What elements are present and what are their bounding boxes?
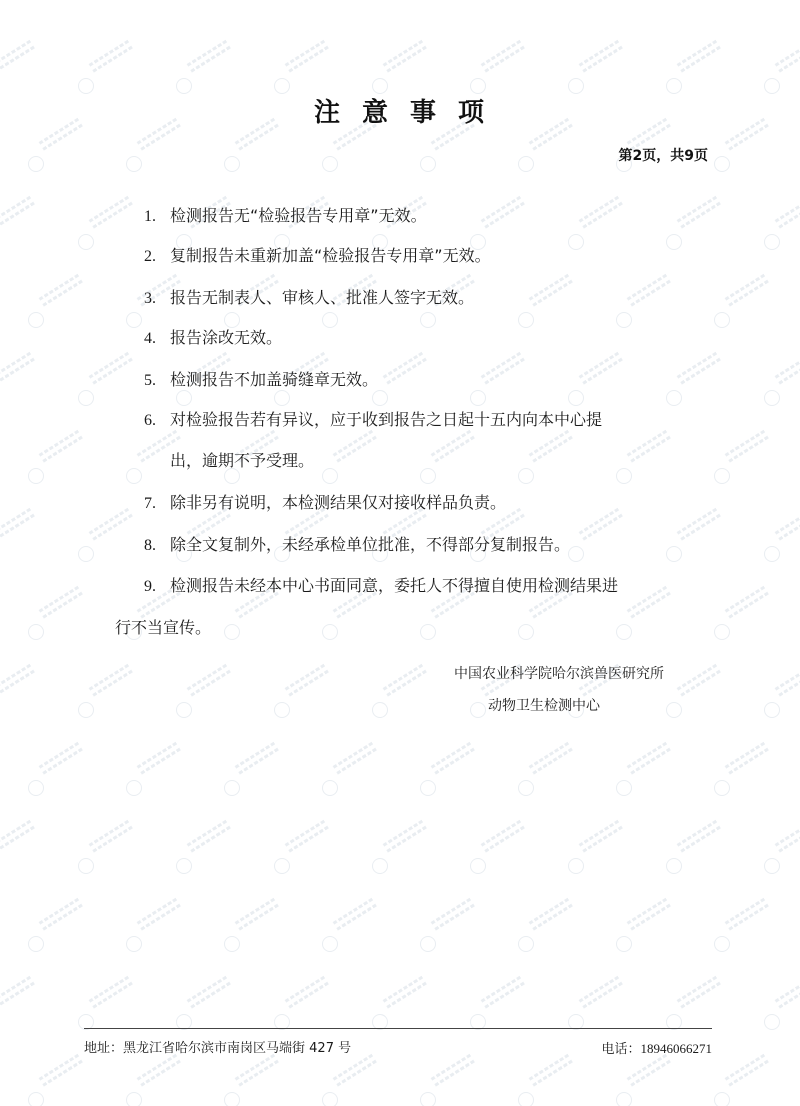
notice-item-9: 9.检测报告未经本中心书面同意，委托人不得擅自使用检测结果进 [144,576,618,597]
notice-item-3: 3.报告无制表人、审核人、批准人签字无效。 [144,288,474,309]
notice-item-7: 7.除非另有说明，本检测结果仅对接收样品负责。 [144,493,506,514]
issuer-center: 动物卫生检测中心 [488,697,600,715]
notice-item-1: 1.检测报告无“检验报告专用章”无效。 [144,206,427,227]
notice-item-9-continuation: 行不当宣传。 [115,618,211,638]
address-label: 地址： [84,1041,123,1056]
document-page: 注意事项 第2页，共9页 1.检测报告无“检验报告专用章”无效。 2.复制报告未… [0,0,800,1106]
footer-address: 地址：黑龙江省哈尔滨市南岗区马端街 427 号 [84,1041,351,1057]
address-value: 黑龙江省哈尔滨市南岗区马端街 427 号 [123,1041,351,1056]
issuer-institute: 中国农业科学院哈尔滨兽医研究所 [454,665,664,683]
footer-phone: 电话：18946066271 [601,1041,712,1058]
page-number: 第2页，共9页 [619,145,708,165]
notice-item-5: 5.检测报告不加盖骑缝章无效。 [144,370,378,391]
phone-value: 18946066271 [641,1041,713,1056]
page-title: 注意事项 [0,92,800,129]
phone-label: 电话： [601,1042,640,1057]
notice-item-2: 2.复制报告未重新加盖“检验报告专用章”无效。 [144,246,491,267]
footer-divider [84,1028,712,1029]
notice-item-4: 4.报告涂改无效。 [144,328,282,349]
notice-item-6: 6.对检验报告若有异议，应于收到报告之日起十五内向本中心提 [144,410,602,431]
notice-item-6-continuation: 出，逾期不予受理。 [170,451,314,471]
notice-item-8: 8.除全文复制外，未经承检单位批准，不得部分复制报告。 [144,535,570,556]
